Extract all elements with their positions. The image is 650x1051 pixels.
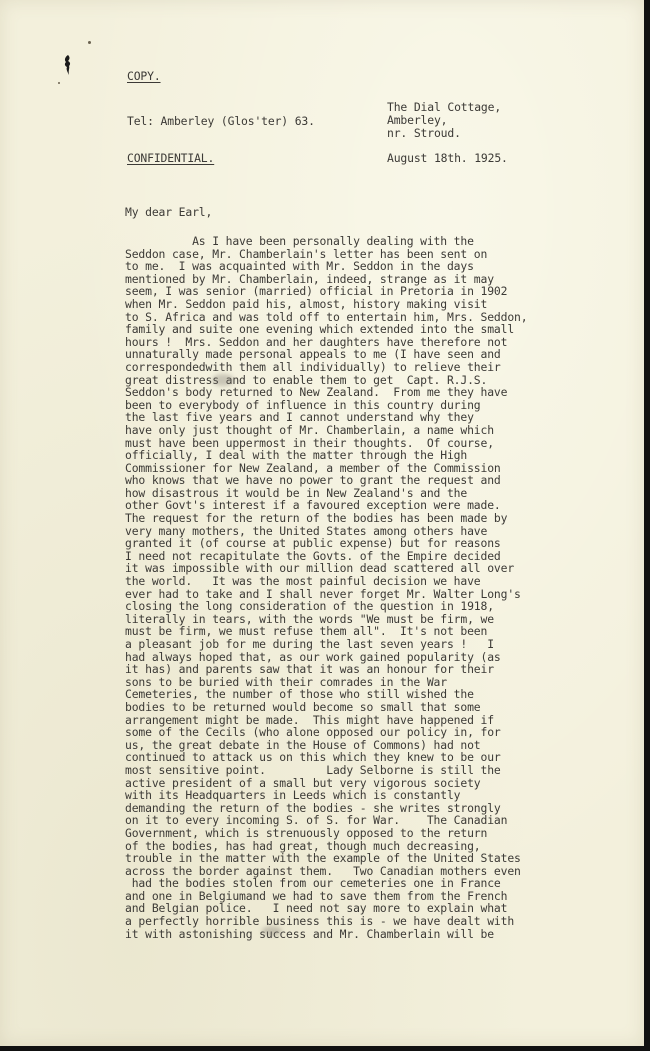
body-line: family and suite one evening which exten… bbox=[125, 323, 527, 336]
body-line: officially, I deal with the matter throu… bbox=[125, 449, 527, 462]
body-line: who knows that we have no power to grant… bbox=[125, 474, 527, 487]
body-line: a perfectly horrible business this is - … bbox=[125, 915, 527, 928]
body-line: closing the long consideration of the qu… bbox=[125, 600, 527, 613]
body-line: As I have been personally dealing with t… bbox=[125, 235, 527, 248]
body-line: Seddon's body returned to New Zealand. F… bbox=[125, 386, 527, 399]
scan-edge-right bbox=[644, 0, 650, 1051]
confidential-label: CONFIDENTIAL. bbox=[127, 152, 214, 165]
body-line: some of the Cecils (who alone opposed ou… bbox=[125, 726, 527, 739]
scan-edge-bottom bbox=[0, 1046, 650, 1051]
telephone-line: Tel: Amberley (Glos'ter) 63. bbox=[127, 115, 315, 128]
body-line: Government, which is strenuously opposed… bbox=[125, 827, 527, 840]
body-line: granted it (of course at public expense)… bbox=[125, 537, 527, 550]
paper-speck bbox=[88, 41, 91, 44]
body-line: have only just thought of Mr. Chamberlai… bbox=[125, 424, 527, 437]
body-line: had the bodies stolen from our cemeterie… bbox=[125, 877, 527, 890]
ink-blot-mark bbox=[62, 54, 72, 76]
body-line: to me. I was acquainted with Mr. Seddon … bbox=[125, 260, 527, 273]
body-line: when Mr. Seddon paid his, almost, histor… bbox=[125, 298, 527, 311]
address-line: nr. Stroud. bbox=[387, 127, 461, 140]
paper-speck bbox=[58, 82, 60, 84]
letter-date: August 18th. 1925. bbox=[387, 152, 508, 165]
ink-smudge bbox=[262, 926, 282, 936]
body-line: it has) and parents saw that it was an h… bbox=[125, 663, 527, 676]
address-line: The Dial Cottage, bbox=[387, 101, 501, 114]
body-line: the world. It was the most painful decis… bbox=[125, 575, 527, 588]
letter-page: COPY. Tel: Amberley (Glos'ter) 63. The D… bbox=[0, 0, 644, 1046]
body-line: a pleasant job for me during the last se… bbox=[125, 638, 527, 651]
salutation: My dear Earl, bbox=[125, 206, 212, 219]
body-line: with its Headquarters in Leeds which is … bbox=[125, 789, 527, 802]
address-line: Amberley, bbox=[387, 114, 447, 127]
body-line: it with astonishing success and Mr. Cham… bbox=[125, 928, 527, 941]
body-line: bodies to be returned would become so sm… bbox=[125, 701, 527, 714]
ink-smudge bbox=[212, 374, 234, 386]
copy-label: COPY. bbox=[127, 70, 161, 83]
body-line: most sensitive point. Lady Selborne is s… bbox=[125, 764, 527, 777]
letter-body: As I have been personally dealing with t… bbox=[125, 235, 527, 940]
body-line: trouble in the matter with the example o… bbox=[125, 852, 527, 865]
body-line: correspondedwith them all individually) … bbox=[125, 361, 527, 374]
body-line: The request for the return of the bodies… bbox=[125, 512, 527, 525]
